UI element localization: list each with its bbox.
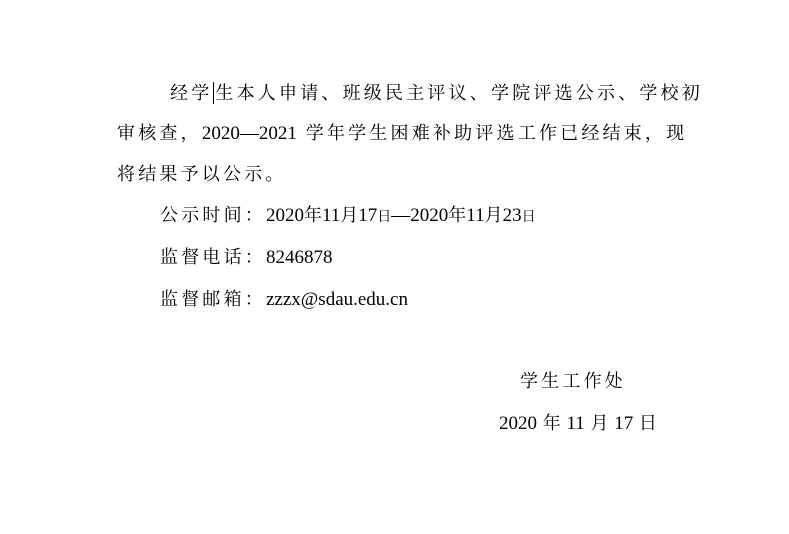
email-label: 监督邮箱： [160, 289, 266, 310]
notice-time-label: 公示时间： [160, 205, 266, 226]
paragraph-text: 生本人申请、班级民主评议、学院评选公示、学校初 [215, 83, 703, 104]
date-char: 月 [585, 413, 614, 434]
phone-label: 监督电话： [160, 247, 266, 268]
signature-day: 17 [614, 413, 633, 434]
signature-org-text: 学生工作处 [520, 371, 626, 392]
date-char: 年 [537, 413, 566, 434]
notice-time-value: 2020 [266, 205, 304, 226]
paragraph-text: 审核查， [117, 123, 202, 144]
phone-row: 监督电话：8246878 [160, 247, 333, 269]
phone-value: 8246878 [266, 247, 333, 268]
email-value: zzzx@sdau.edu.cn [266, 289, 408, 310]
date-char: 日 [522, 209, 536, 225]
date-char: 年 [304, 205, 322, 226]
signature-year: 2020 [499, 413, 537, 434]
date-dash: — [391, 205, 410, 226]
notice-time-value: 11 [466, 205, 484, 226]
date-char: 年 [448, 205, 466, 226]
paragraph-line-2: 审核查，2020—2021 学年学生困难补助评选工作已经结束，现 [117, 123, 687, 145]
notice-time-value: 23 [503, 205, 522, 226]
signature-date: 2020 年 11 月 17 日 [499, 413, 657, 435]
date-char: 月 [340, 205, 358, 226]
date-char: 日 [377, 209, 391, 225]
paragraph-text: 经学 [170, 83, 212, 104]
signature-org: 学生工作处 [520, 371, 626, 393]
notice-time-value: 17 [358, 205, 377, 226]
date-char: 日 [633, 413, 657, 434]
notice-time-value: 2020 [410, 205, 448, 226]
signature-month: 11 [566, 413, 584, 434]
date-char: 月 [485, 205, 503, 226]
paragraph-line-1: 经学生本人申请、班级民主评议、学院评选公示、学校初 [170, 82, 703, 105]
year-range: 2020—2021 [202, 123, 297, 144]
notice-time-value: 11 [322, 205, 340, 226]
paragraph-text: 学年学生困难补助评选工作已经结束，现 [297, 123, 688, 144]
notice-time-row: 公示时间：2020年11月17日—2020年11月23日 [160, 205, 536, 228]
paragraph-text: 将结果予以公示。 [117, 164, 287, 185]
paragraph-line-3: 将结果予以公示。 [117, 164, 287, 186]
email-row: 监督邮箱：zzzx@sdau.edu.cn [160, 289, 408, 311]
